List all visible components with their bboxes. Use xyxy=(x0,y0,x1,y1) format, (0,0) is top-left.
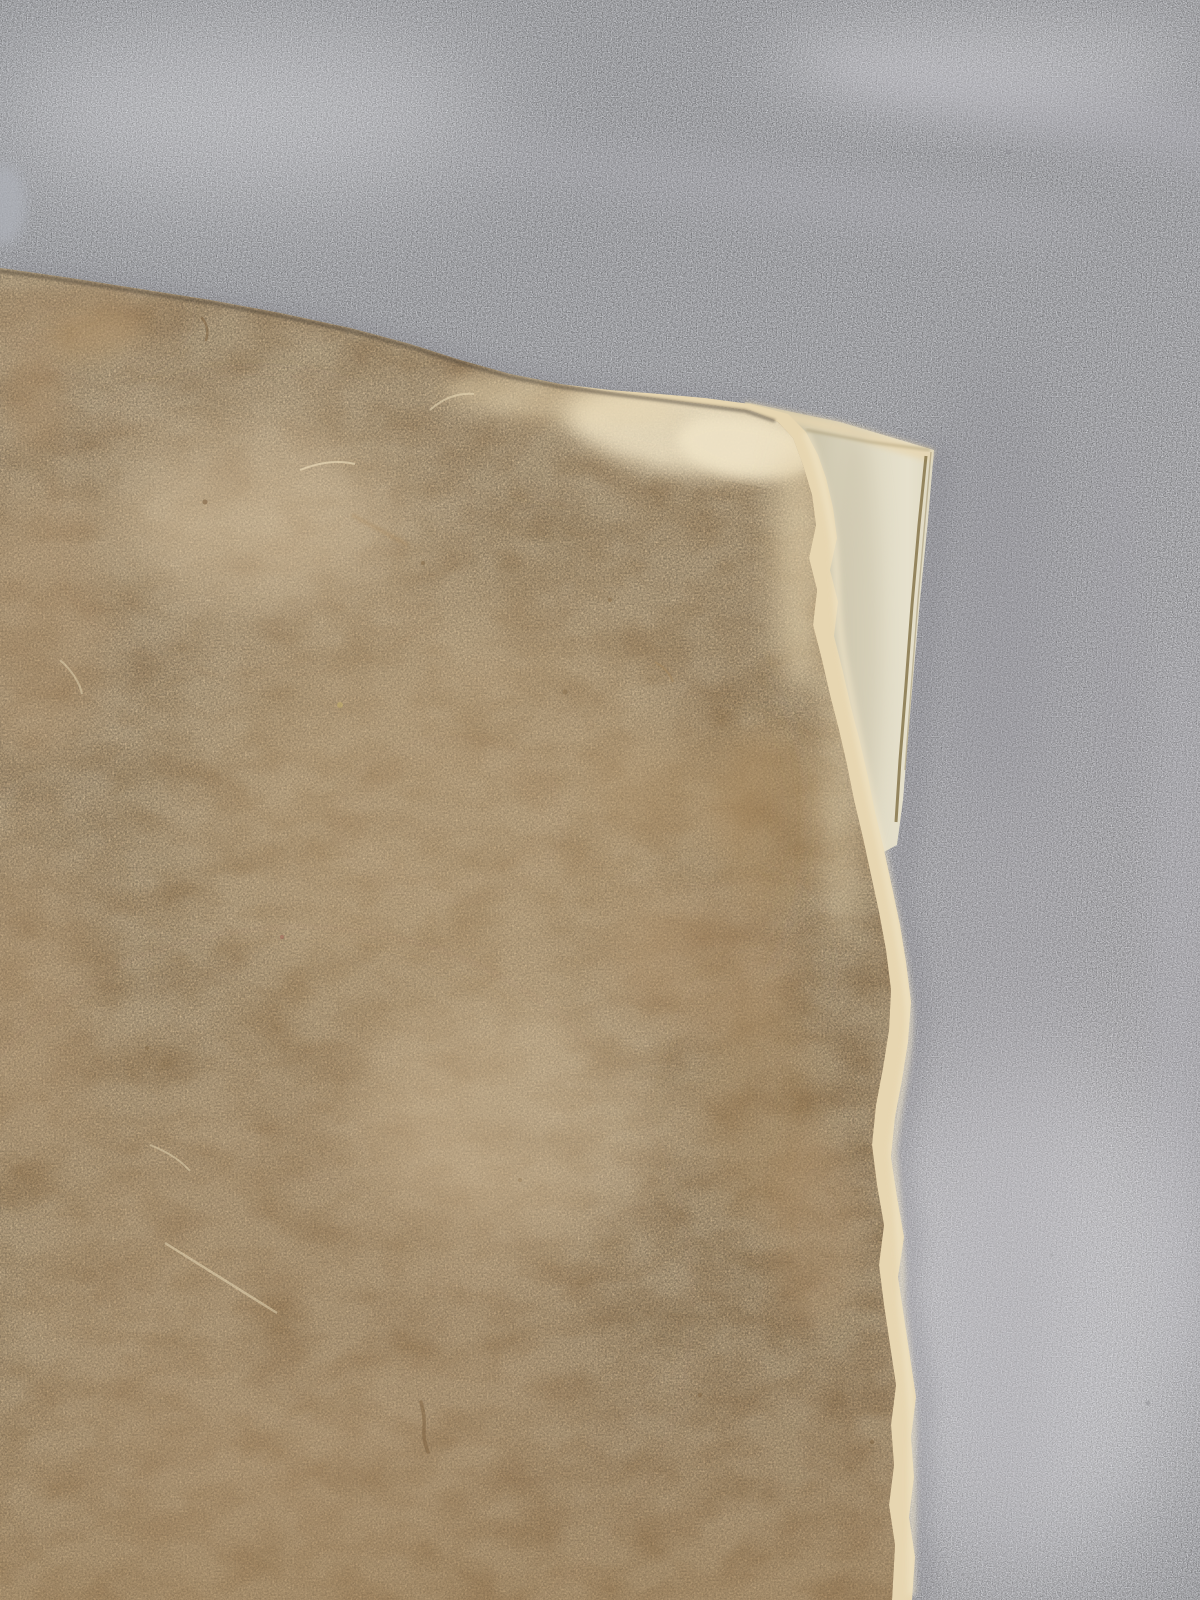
fold-highlight xyxy=(760,20,1200,100)
fold-streak xyxy=(1096,420,1140,820)
ambient-shadow-band xyxy=(935,350,1055,810)
photo-canvas xyxy=(0,0,1200,1600)
fold-highlight xyxy=(0,30,500,190)
photo-of-antique-book-on-fabric xyxy=(0,0,1200,1600)
